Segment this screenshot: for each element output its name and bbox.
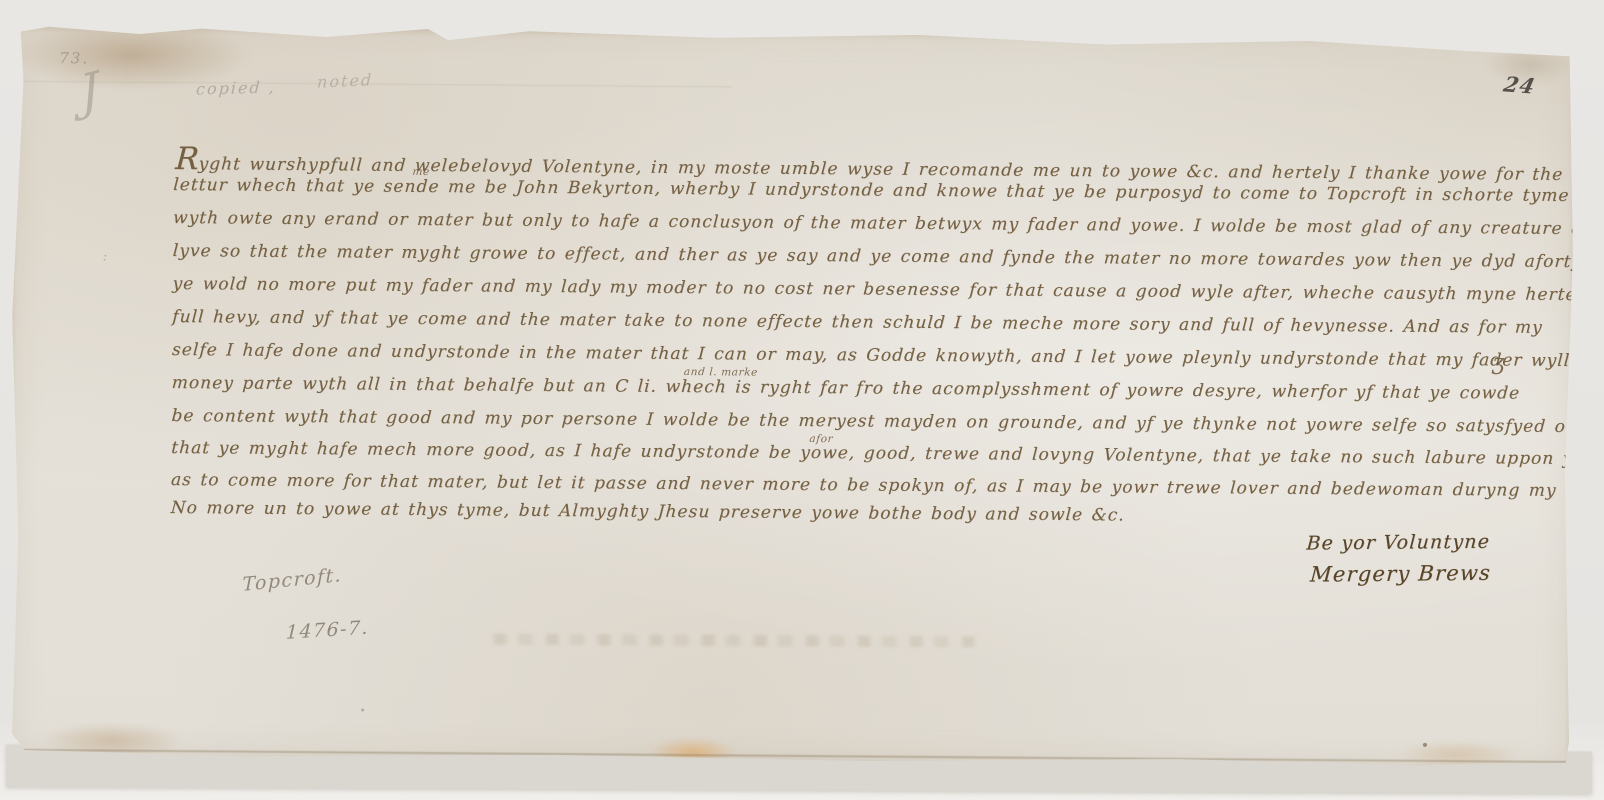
scan-background: 73. J copied , noted : 24 Ryght wurshypf… bbox=[0, 0, 1604, 800]
interlinear-insertion-afor: afor bbox=[809, 433, 834, 445]
docket-date: 1476-7. bbox=[285, 617, 369, 644]
signature-line-name: Mergery Brews bbox=[1309, 561, 1491, 587]
letter-line: wyth owte any erand or mater but only to… bbox=[172, 208, 1595, 239]
pencil-colon-mark: : bbox=[103, 249, 110, 264]
pencil-monogram: J bbox=[78, 61, 104, 122]
letter-line: selfe I hafe done and undyrstonde in the… bbox=[171, 340, 1604, 372]
speck bbox=[1423, 743, 1427, 747]
letter-line: as to come more for that mater, but let … bbox=[170, 470, 1604, 501]
folio-number: 24 bbox=[1501, 72, 1538, 99]
letter-line: full hevy, and yf that ye come and the m… bbox=[172, 307, 1544, 338]
paragraph-flourish-mark: ʒ bbox=[1492, 350, 1505, 375]
letter-line: ye wold no more put my fader and my lady… bbox=[172, 274, 1604, 305]
interlinear-insertion-me: me bbox=[412, 166, 430, 178]
stain-top-edge bbox=[15, 21, 1575, 45]
letter-body: Ryght wurshypfull and welebelovyd Volent… bbox=[15, 23, 1575, 35]
letter-line: that ye myght hafe mech more good, as I … bbox=[171, 438, 1604, 469]
ink-showthrough-band bbox=[494, 634, 980, 648]
pencil-note-noted: noted bbox=[317, 70, 374, 92]
interlinear-insertion-marke: and l. marke bbox=[683, 366, 758, 379]
manuscript-paper: 73. J copied , noted : 24 Ryght wurshypf… bbox=[9, 23, 1575, 768]
letter-line: money parte wyth all in that behalfe but… bbox=[171, 373, 1521, 404]
letter-line: No more un to yowe at thys tyme, but Alm… bbox=[170, 498, 1125, 525]
pencil-note-copied: copied , bbox=[196, 77, 277, 98]
signature-line-valentine: Be yor Voluntyne bbox=[1306, 531, 1491, 555]
speck bbox=[361, 709, 364, 712]
letter-line: be content wyth that good and my por per… bbox=[171, 406, 1576, 437]
docket-place: Topcroft. bbox=[242, 564, 342, 596]
letter-line: lyve so that the mater myght growe to ef… bbox=[172, 241, 1604, 272]
